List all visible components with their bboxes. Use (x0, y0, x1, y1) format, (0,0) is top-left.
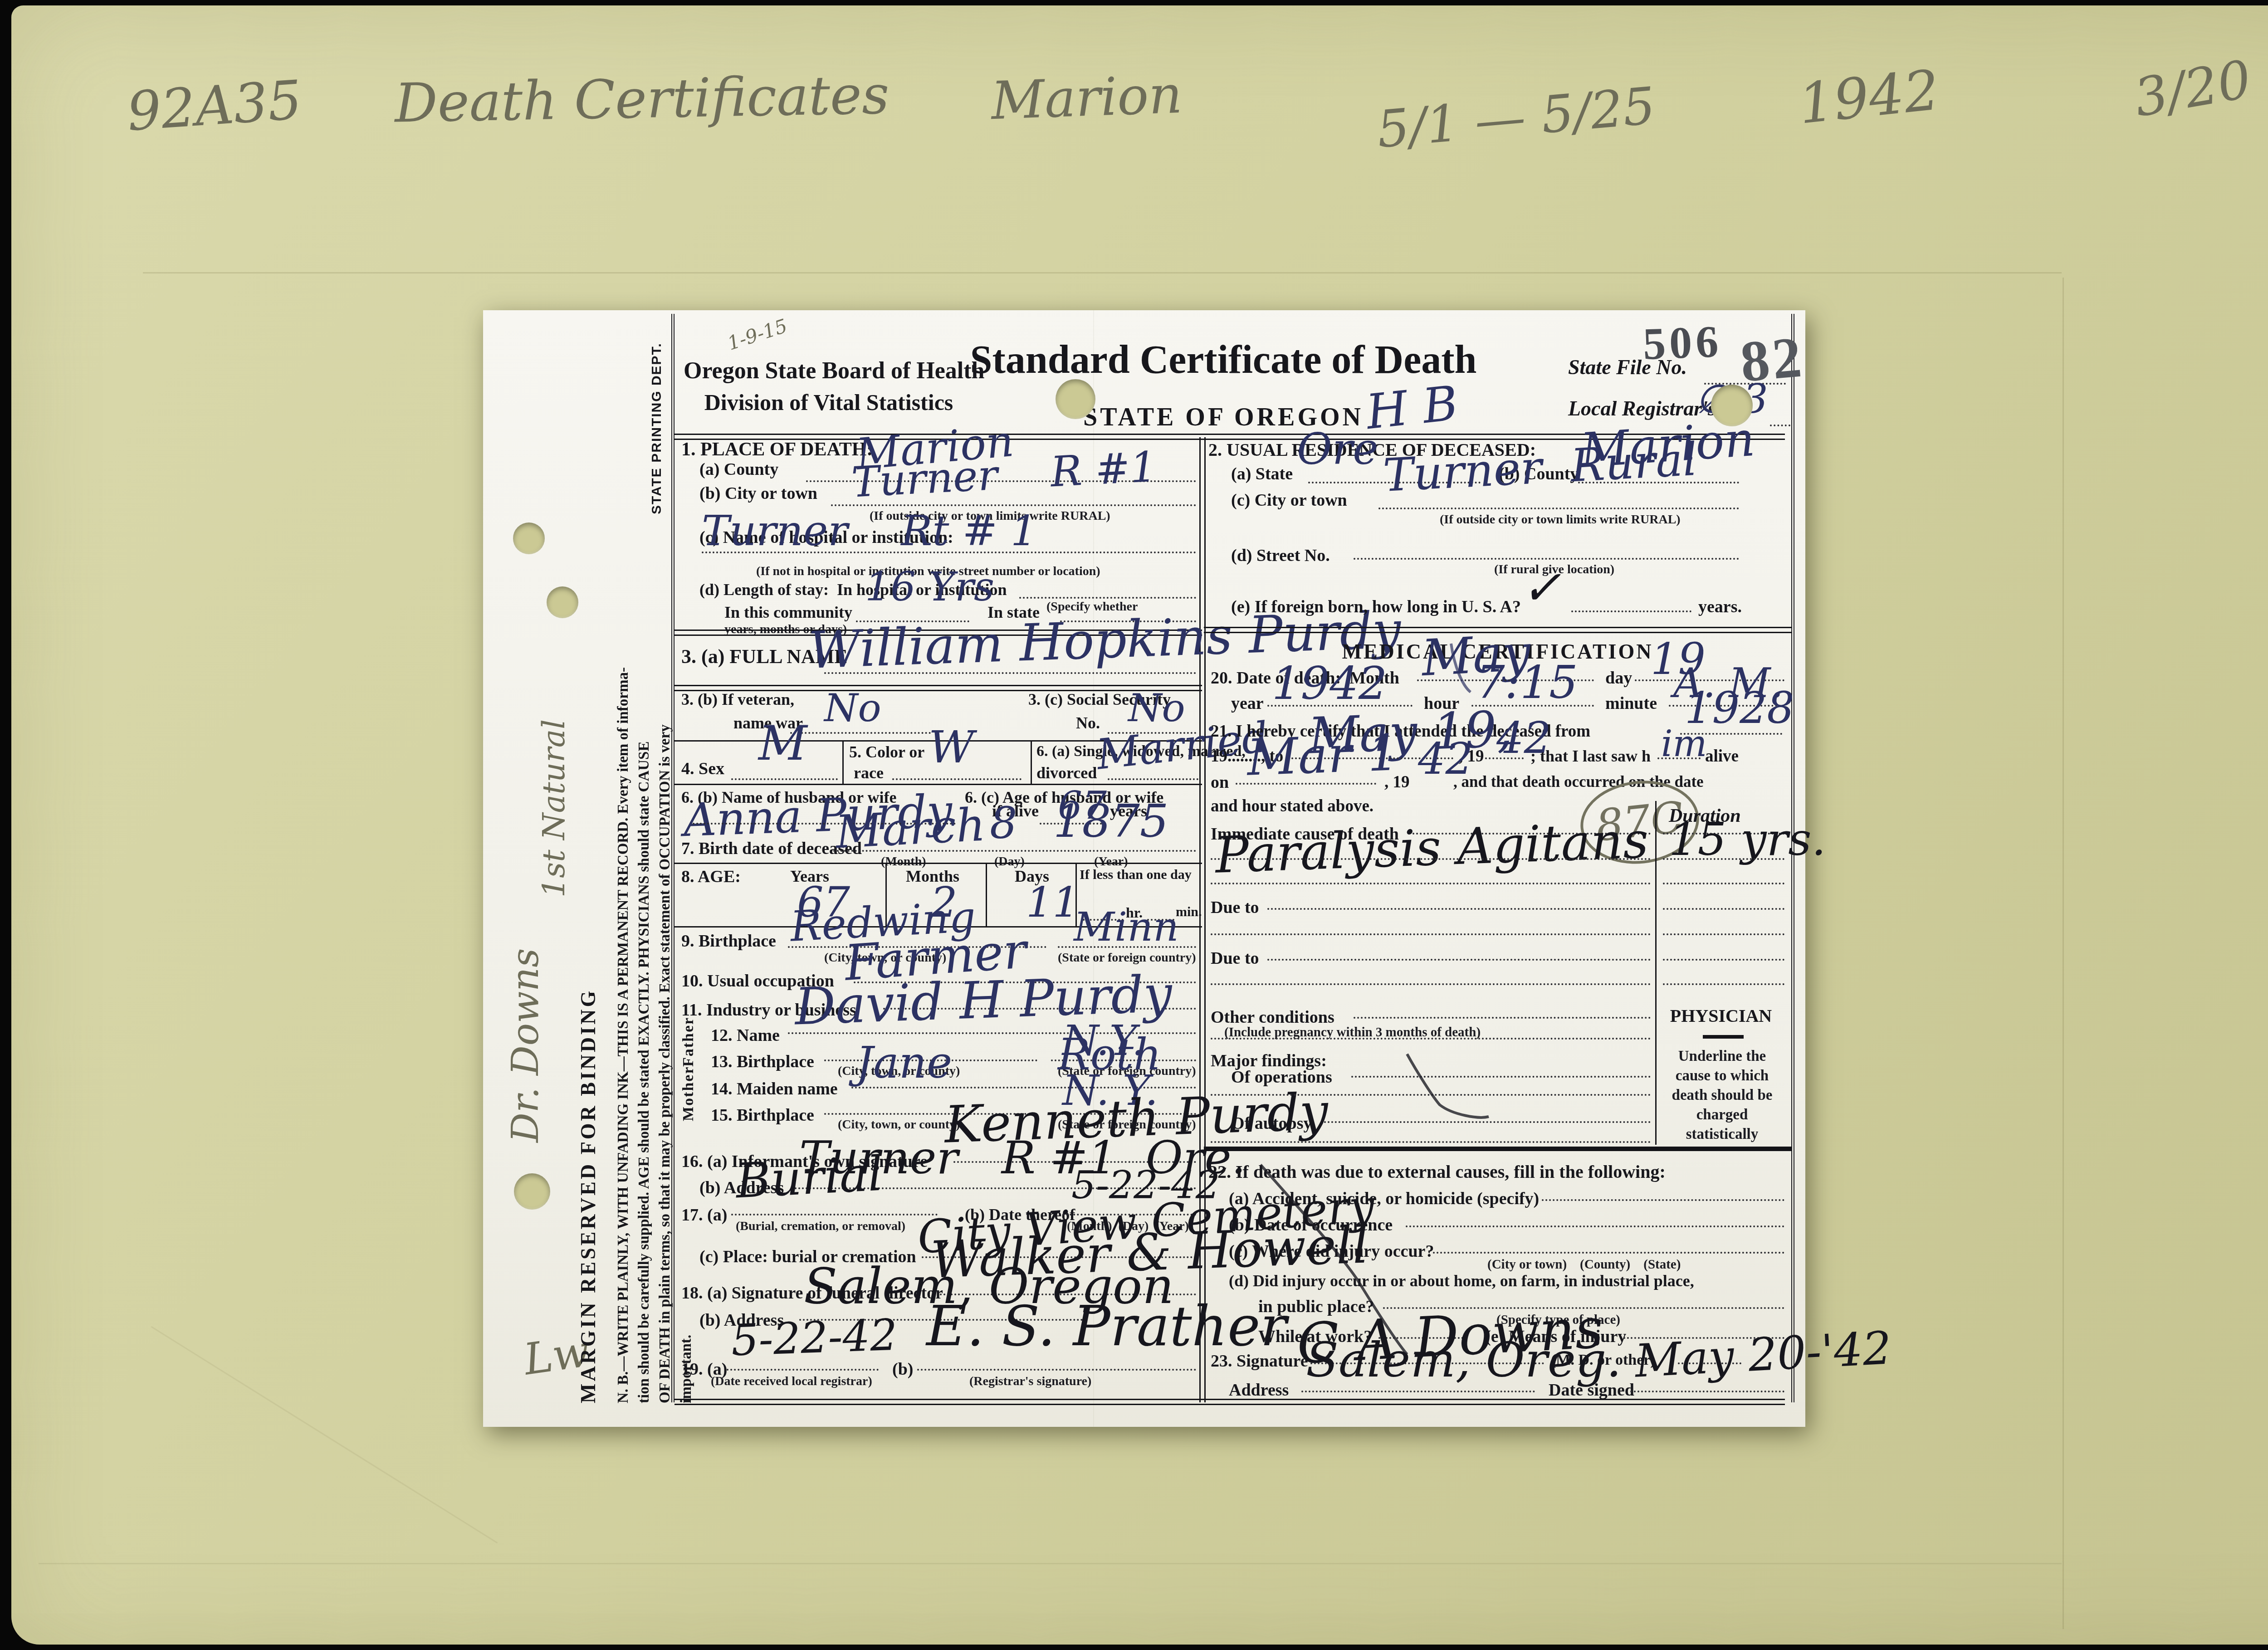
folder-crease (143, 272, 2062, 273)
handwritten-mother-first: Jane (856, 1044, 952, 1083)
father-name-label: 12. Name (711, 1027, 780, 1044)
punch-hole (514, 1173, 550, 1210)
city-label: (b) City or town (699, 485, 817, 502)
handwritten-age-days: 11 (1026, 884, 1079, 922)
cell-divider (842, 740, 844, 784)
handwritten-veteran: No (824, 691, 881, 726)
bp-state-note: (State or foreign country) (1058, 952, 1196, 964)
field-line (1108, 778, 1198, 780)
sex-label: 4. Sex (681, 760, 724, 777)
handwritten-initials-hb: H B (1364, 382, 1460, 434)
field-line (892, 778, 1022, 780)
agency-division: Division of Vital Statistics (684, 391, 974, 414)
handwritten-date-received: 5-22-42 (731, 1316, 898, 1361)
certificate-paper: 1st Natural Dr. Downs Lw MARGIN RESERVED… (483, 310, 1805, 1427)
age-less-label: If less than one day (1080, 868, 1192, 882)
year-note: (Year) (1094, 855, 1128, 868)
month-note: (Month) (881, 855, 926, 868)
folder-label-page: 3/20 (2131, 54, 2254, 123)
punch-hole (513, 522, 545, 554)
certificate-title: Standard Certificate of Death (965, 340, 1482, 380)
field-line (731, 1214, 938, 1216)
registrar-sig-label: (b) (892, 1361, 913, 1378)
punch-hole (1056, 379, 1095, 419)
pencil-note-vertical: 1st Natural (540, 719, 569, 898)
margin-nb-line: tion should be carefully supplied. AGE s… (634, 365, 655, 1403)
marital-label2: divorced (1036, 765, 1097, 781)
field-line (917, 1369, 1196, 1371)
maiden-name-label: 14. Maiden name (711, 1080, 838, 1098)
disposition-label: 17. (a) (681, 1206, 727, 1224)
field-line (833, 850, 1196, 852)
printing-dept-label: STATE PRINTING DEPT. (650, 342, 664, 514)
field-line (727, 1369, 879, 1371)
left-column: 1. PLACE OF DEATH: (a) County Marion (b)… (675, 437, 1202, 1402)
color-label2: race (854, 765, 884, 781)
punch-hole (547, 586, 578, 618)
handwritten-city: Turner R #1 (850, 448, 1158, 502)
father-bp-label: 13. Birthplace (711, 1053, 814, 1070)
field-line (1058, 946, 1196, 948)
folder-crease (39, 1563, 2062, 1564)
bp-city-note: (City, town, or county) (838, 1118, 960, 1131)
folder-label-title: Death Certificates (394, 69, 890, 128)
pencil-filing-date: 1-9-15 (725, 317, 789, 353)
folder-label-county: Marion (990, 70, 1183, 127)
date-received-note: (Date received local registrar) (711, 1375, 872, 1388)
cell-divider (986, 863, 987, 926)
age-label: 8. AGE: (681, 868, 741, 885)
min-label: min. (1176, 905, 1202, 919)
pencil-note-vertical: Dr. Downs (508, 948, 543, 1142)
day-note: (Day) (994, 855, 1025, 868)
mother-bp-label: 15. Birthplace (711, 1107, 814, 1124)
binding-margin-text: MARGIN RESERVED FOR BINDING N. B.—WRITE … (576, 365, 683, 1403)
folder-crease (151, 1326, 498, 1543)
folder-crease (2063, 278, 2064, 1629)
color-label: 5. Color or (849, 744, 924, 760)
handwritten-hospital: Turner Rt # 1 (702, 513, 1037, 550)
birthplace-label: 9. Birthplace (681, 932, 776, 950)
right-column: 2. USUAL RESIDENCE OF DECEASED: (a) Stat… (1204, 437, 1791, 1402)
handwritten-disposition-type: Burial (735, 1152, 884, 1203)
mother-bracket-label: Mother (681, 1066, 696, 1121)
punch-hole (1711, 385, 1753, 426)
archival-folder: 92A35 Death Certificates Marion 5/1 — 5/… (11, 5, 2268, 1645)
birthdate-label: 7. Birth date of deceased (681, 840, 862, 857)
folder-label-range: 5/1 — 5/25 (1375, 82, 1657, 154)
handwritten-race: W (929, 727, 974, 767)
registrar-sig-note: (Registrar's signature) (969, 1375, 1091, 1388)
handwritten-birth-day: 8 (990, 805, 1017, 844)
veteran-label: 3. (b) If veteran, (681, 691, 794, 708)
handwritten-community-years: 16 Yrs (865, 569, 994, 605)
field-line (1019, 597, 1196, 599)
field-line (1770, 425, 1790, 426)
margin-nb-line: N. B.—WRITE PLAINLY, WITH UNFADING INK—T… (613, 365, 634, 1403)
field-line (702, 552, 1196, 553)
ss-label2: No. (1076, 715, 1100, 731)
father-bracket-label: Father (681, 1017, 696, 1067)
field-line (731, 778, 838, 780)
state-file-number-stamp: 506 (1642, 319, 1722, 367)
handwritten-birth-month: March (835, 804, 986, 853)
certificate-form: 1-9-15 Oregon State Board of Health Divi… (671, 314, 1794, 1402)
cell-divider (1031, 740, 1032, 784)
handwritten-birth-year: 1875 (1053, 801, 1169, 842)
margin-binding-line: MARGIN RESERVED FOR BINDING (576, 365, 600, 1403)
county-label: (a) County (699, 461, 778, 478)
field-line (790, 732, 931, 734)
disposition-note: (Burial, cremation, or removal) (736, 1220, 905, 1233)
field-line (824, 672, 1196, 674)
community-label: In this community (724, 604, 852, 620)
row-rule (675, 863, 1202, 864)
handwritten-sex: M (758, 722, 807, 765)
sec1-heading: 1. PLACE OF DEATH: (681, 440, 873, 459)
folder-label-id: 92A35 (126, 74, 303, 137)
agency-name: Oregon State Board of Health (684, 359, 974, 383)
handwritten-birthplace-state: Minn (1074, 909, 1179, 945)
handwritten-ss: No (1128, 691, 1185, 726)
folder-label-year: 1942 (1796, 64, 1942, 131)
pen-strokes (1204, 437, 1791, 1402)
registrar-number-stamp: 82 (1738, 327, 1807, 391)
